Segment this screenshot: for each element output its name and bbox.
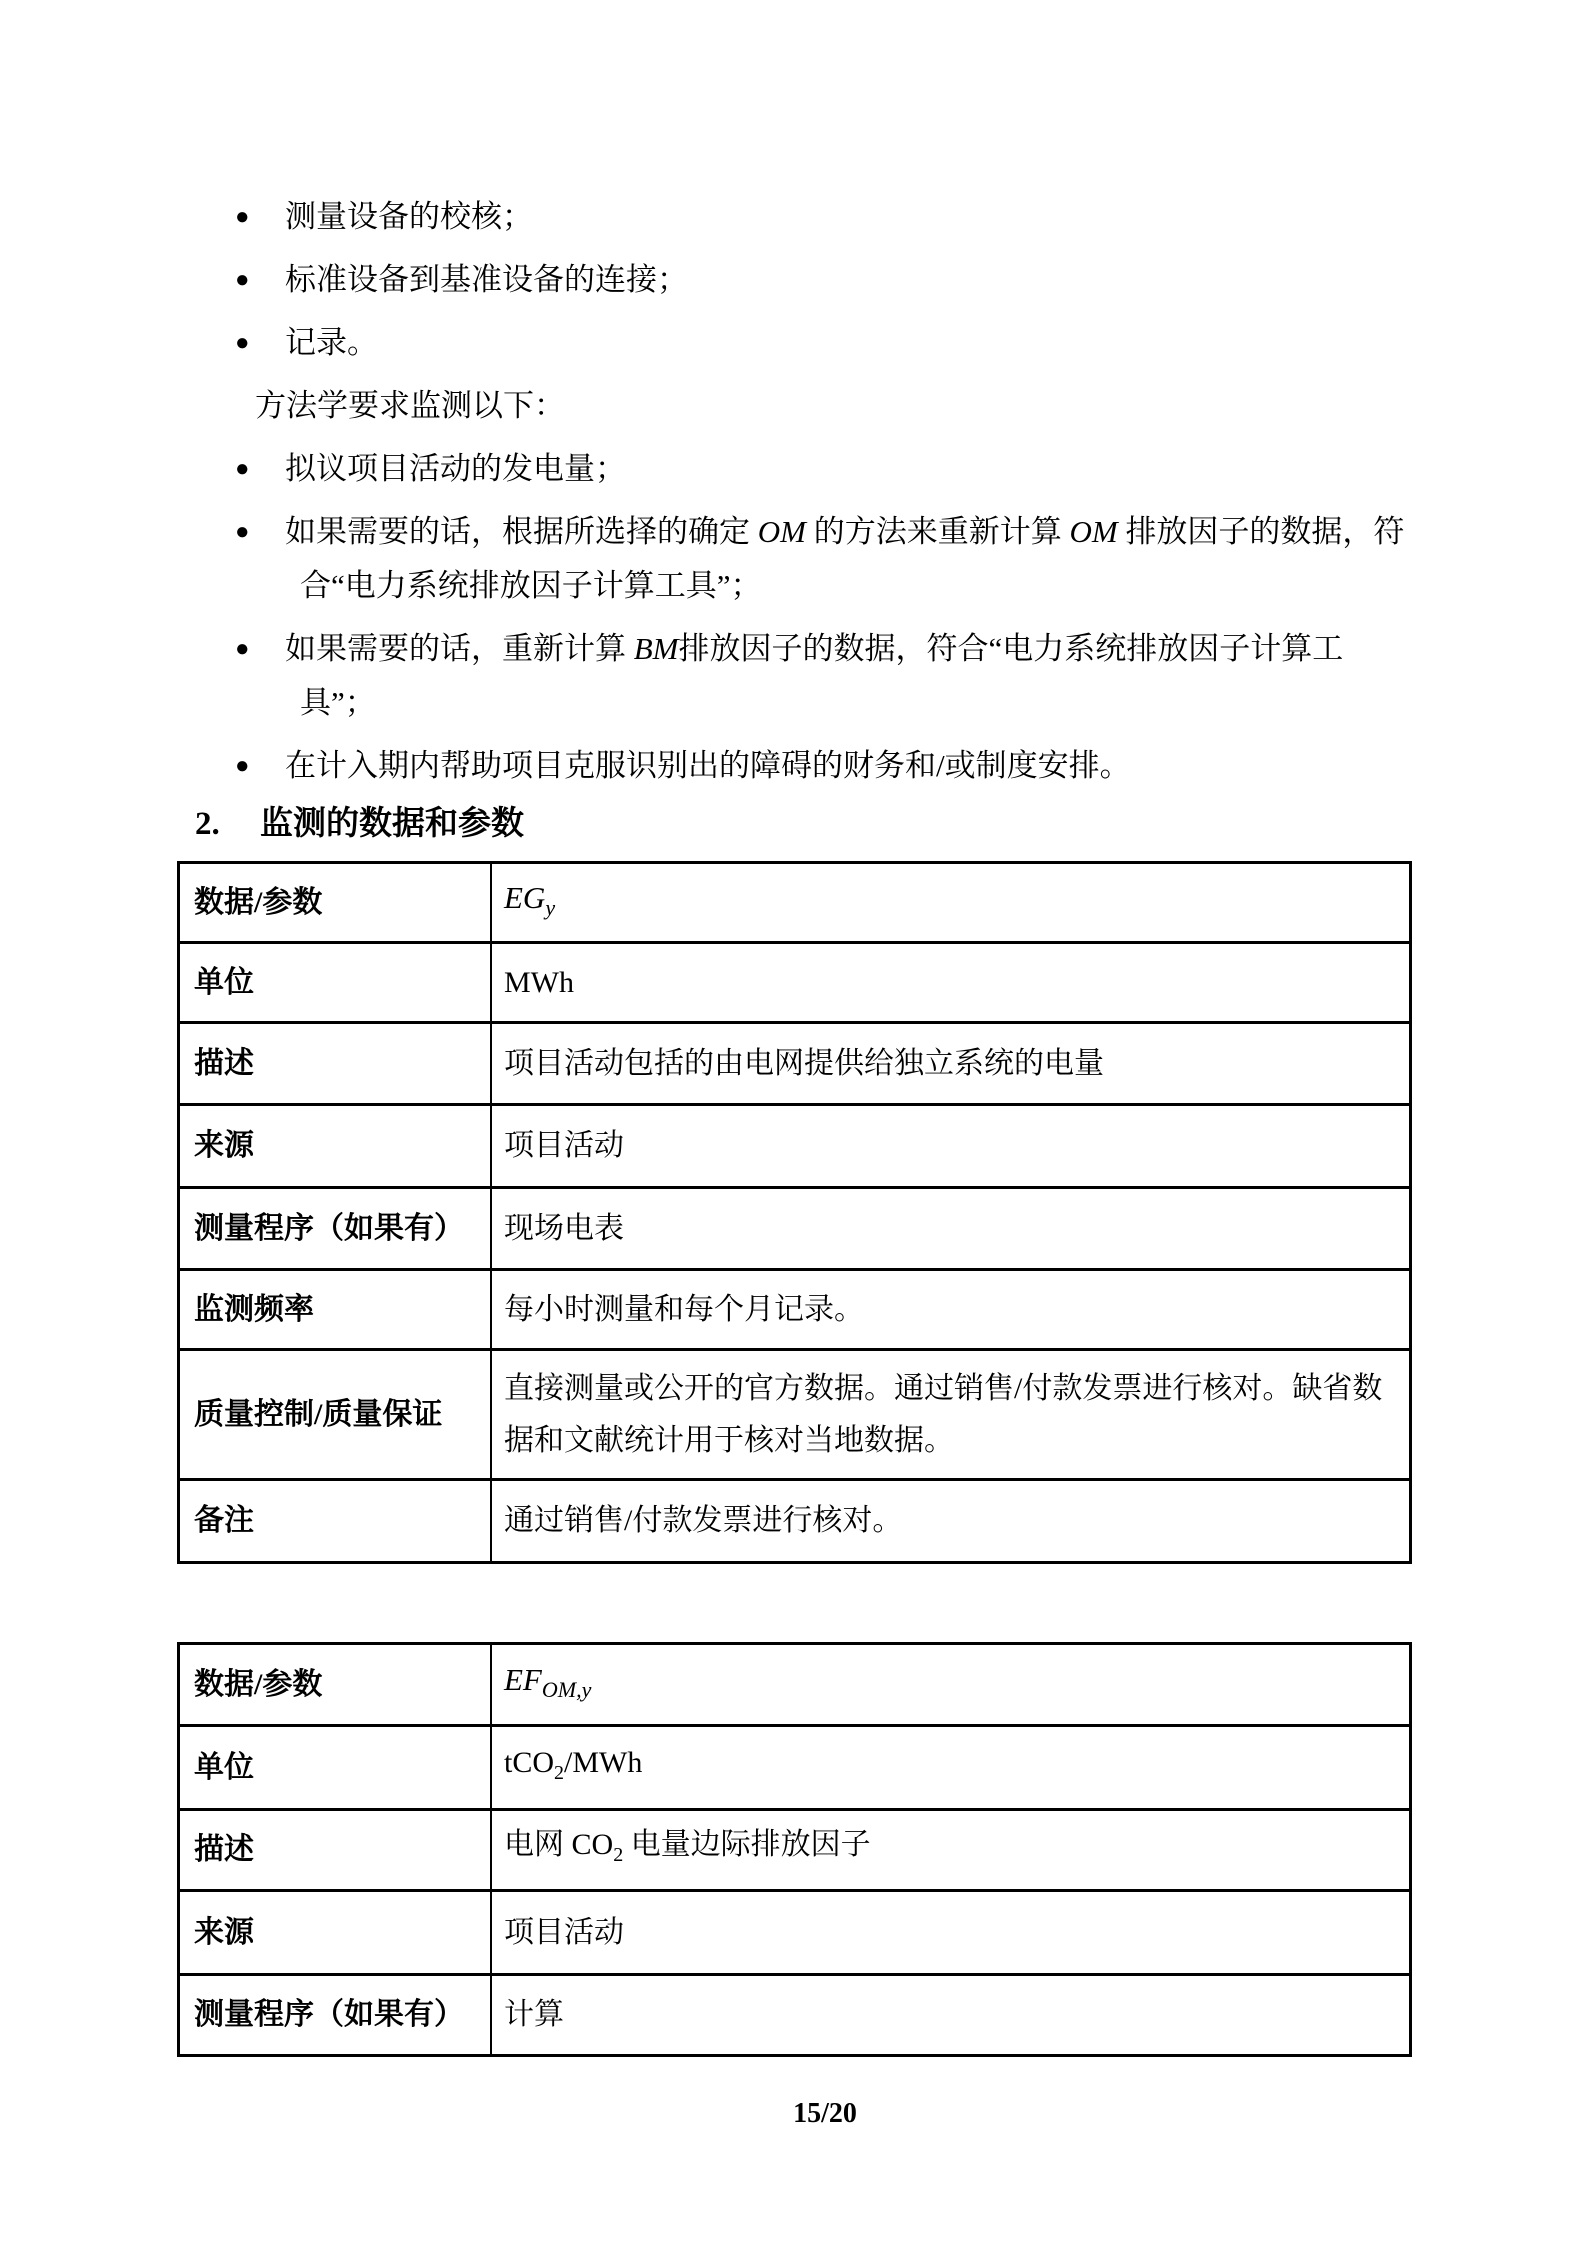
om-symbol: OM [758,514,806,549]
text-segment: 如果需要的话，重新计算 [285,631,634,666]
row-label: 单位 [179,1726,492,1810]
table-row: 测量程序（如果有） 现场电表 [179,1188,1411,1270]
row-label: 来源 [179,1891,492,1975]
table-row: 描述 电网 CO2 电量边际排放因子 [179,1810,1411,1891]
list-item-text: 记录。 [285,316,1412,370]
bullet-icon: ● [235,739,285,793]
unit-text: tCO [504,1746,554,1779]
om-symbol: OM [1069,514,1117,549]
row-label: 测量程序（如果有） [179,1975,492,2056]
table-row: 来源 项目活动 [179,1891,1411,1975]
bullet-icon: ● [235,316,285,370]
list-item-text: 测量设备的校核； [285,190,1412,244]
row-value: 项目活动包括的由电网提供给独立系统的电量 [491,1023,1411,1105]
bm-symbol: BM [634,631,679,666]
text-segment: 的方法来重新计算 [806,514,1070,549]
row-value: 项目活动 [491,1891,1411,1975]
parameter-table-efomy: 数据/参数 EFOM,y 单位 tCO2/MWh 描述 电网 CO2 电量边际排… [177,1642,1412,2057]
text-segment: 如果需要的话，根据所选择的确定 [285,514,758,549]
row-value: 每小时测量和每个月记录。 [491,1270,1411,1350]
list-item: ● 记录。 [235,316,1412,370]
list-item: ● 如果需要的话，根据所选择的确定 OM 的方法来重新计算 OM 排放因子的数据… [235,505,1412,613]
row-label: 描述 [179,1023,492,1105]
bullet-icon: ● [235,442,285,496]
bullet-icon: ● [235,622,285,676]
list-item: ● 如果需要的话，重新计算 BM排放因子的数据，符合“电力系统排放因子计算工具”… [235,622,1412,730]
list-item: ● 测量设备的校核； [235,190,1412,244]
section-title: 监测的数据和参数 [260,802,524,846]
list-item-text: 在计入期内帮助项目克服识别出的障碍的财务和/或制度安排。 [285,739,1412,793]
list-item: ● 标准设备到基准设备的连接； [235,253,1412,307]
body-text-block: ● 测量设备的校核； ● 标准设备到基准设备的连接； ● 记录。 方法学要求监测… [195,190,1412,846]
row-value: 通过销售/付款发票进行核对。 [491,1480,1411,1563]
row-value: 现场电表 [491,1188,1411,1270]
row-label: 描述 [179,1810,492,1891]
parameter-symbol: EF [504,1662,542,1697]
bullet-icon: ● [235,190,285,244]
paragraph: 方法学要求监测以下： [255,379,1412,433]
table-row: 监测频率 每小时测量和每个月记录。 [179,1270,1411,1350]
row-label: 质量控制/质量保证 [179,1350,492,1480]
table-row: 数据/参数 EFOM,y [179,1644,1411,1726]
bullet-icon: ● [235,253,285,307]
parameter-subscript: y [545,895,555,920]
table-row: 备注 通过销售/付款发票进行核对。 [179,1480,1411,1563]
row-value: 电网 CO2 电量边际排放因子 [491,1810,1411,1891]
list-item-text: 如果需要的话，根据所选择的确定 OM 的方法来重新计算 OM 排放因子的数据，符… [285,505,1412,613]
row-value: EFOM,y [491,1644,1411,1726]
row-label: 数据/参数 [179,863,492,943]
table-row: 来源 项目活动 [179,1105,1411,1188]
section-number: 2. [195,802,260,846]
row-value: EGy [491,863,1411,943]
parameter-table-egy: 数据/参数 EGy 单位 MWh 描述 项目活动包括的由电网提供给独立系统的电量… [177,861,1412,1564]
list-item-text: 如果需要的话，重新计算 BM排放因子的数据，符合“电力系统排放因子计算工具”； [285,622,1412,730]
parameter-symbol: EG [504,880,545,915]
row-label: 监测频率 [179,1270,492,1350]
row-value: tCO2/MWh [491,1726,1411,1810]
list-item: ● 拟议项目活动的发电量； [235,442,1412,496]
description-text: 电网 CO [504,1828,613,1861]
bullet-icon: ● [235,505,285,559]
unit-subscript: 2 [554,1762,564,1784]
section-heading: 2. 监测的数据和参数 [195,802,1412,846]
table-row: 测量程序（如果有） 计算 [179,1975,1411,2056]
row-label: 来源 [179,1105,492,1188]
table-row: 质量控制/质量保证 直接测量或公开的官方数据。通过销售/付款发票进行核对。缺省数… [179,1350,1411,1480]
row-label: 备注 [179,1480,492,1563]
table-row: 单位 tCO2/MWh [179,1726,1411,1810]
row-value: MWh [491,943,1411,1023]
row-value: 项目活动 [491,1105,1411,1188]
page-number: 15/20 [190,2098,1460,2130]
row-value: 计算 [491,1975,1411,2056]
row-value: 直接测量或公开的官方数据。通过销售/付款发票进行核对。缺省数据和文献统计用于核对… [491,1350,1411,1480]
parameter-subscript: OM,y [542,1677,591,1702]
document-page: ● 测量设备的校核； ● 标准设备到基准设备的连接； ● 记录。 方法学要求监测… [0,0,1587,2245]
table-row: 描述 项目活动包括的由电网提供给独立系统的电量 [179,1023,1411,1105]
table-row: 数据/参数 EGy [179,863,1411,943]
row-label: 数据/参数 [179,1644,492,1726]
list-item-text: 标准设备到基准设备的连接； [285,253,1412,307]
row-label: 测量程序（如果有） [179,1188,492,1270]
row-label: 单位 [179,943,492,1023]
description-text: 电量边际排放因子 [623,1828,871,1861]
description-subscript: 2 [613,1844,623,1866]
table-row: 单位 MWh [179,943,1411,1023]
list-item-text: 拟议项目活动的发电量； [285,442,1412,496]
unit-text: /MWh [564,1746,642,1779]
list-item: ● 在计入期内帮助项目克服识别出的障碍的财务和/或制度安排。 [235,739,1412,793]
